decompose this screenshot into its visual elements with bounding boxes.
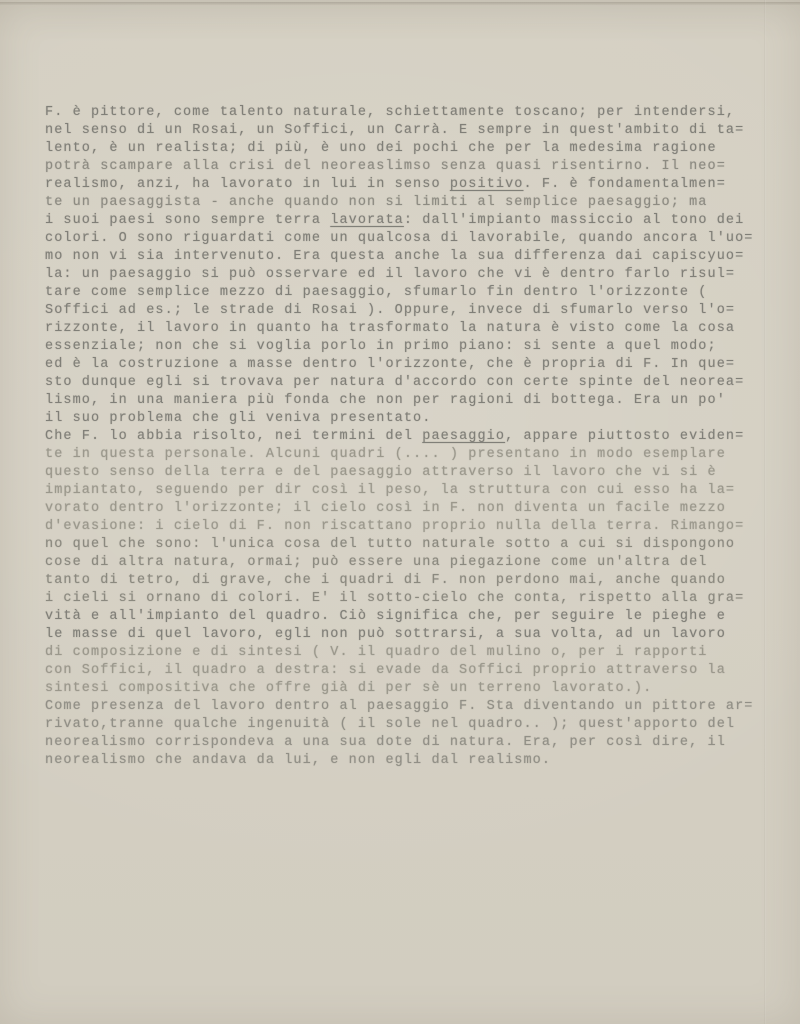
text-segment: : dall'impianto massiccio al tono dei [404,213,744,228]
text-segment: F. è pittore, come talento naturale, sch… [45,105,735,120]
text-segment: ed è la costruzione a masse dentro l'ori… [45,357,735,372]
text-segment: con Soffici, il quadro a destra: si evad… [45,663,726,678]
text-segment: vorato dentro l'orizzonte; il cielo così… [45,501,726,516]
text-line: d'evasione: i cielo di F. non riscattano… [45,518,775,536]
text-segment: il suo problema che gli veniva presentat… [45,411,431,426]
text-line: rivato,tranne qualche ingenuità ( il sol… [45,716,775,734]
text-segment: lismo, in una maniera più fonda che non … [45,393,726,408]
text-line: Che F. lo abbia risolto, nei termini del… [45,428,775,446]
text-line: neorealismo che andava da lui, e non egl… [45,752,775,770]
text-segment: d'evasione: i cielo di F. non riscattano… [45,519,744,534]
text-segment: sintesi compositiva che offre già di per… [45,681,652,696]
text-line: il suo problema che gli veniva presentat… [45,410,775,428]
text-line: neorealismo corrispondeva a una sua dote… [45,734,775,752]
text-line: colori. O sono riguardati come un qualco… [45,230,775,248]
text-segment: le masse di quel lavoro, egli non può so… [45,627,726,642]
text-segment: neorealismo che andava da lui, e non egl… [45,753,551,768]
text-segment: tare come semplice mezzo di paesaggio, s… [45,285,708,300]
text-line: Come presenza del lavoro dentro al paesa… [45,698,775,716]
text-segment: realismo, anzi, ha lavorato in lui in se… [45,177,450,192]
text-segment: sto dunque egli si trovava per natura d'… [45,375,744,390]
text-line: potrà scampare alla crisi del neoreaslim… [45,158,775,176]
underlined-word: positivo [450,177,524,192]
text-line: lento, è un realista; di più, è uno dei … [45,140,775,158]
text-line: te in questa personale. Alcuni quadri (.… [45,446,775,464]
text-line: Soffici ad es.; le strade di Rosai ). Op… [45,302,775,320]
text-segment: vità e all'impianto del quadro. Ciò sign… [45,609,726,624]
text-segment: i suoi paesi sono sempre terra [45,213,330,228]
text-segment: te un paesaggista - anche quando non si … [45,195,708,210]
text-segment: Soffici ad es.; le strade di Rosai ). Op… [45,303,735,318]
text-segment: lento, è un realista; di più, è uno dei … [45,141,717,156]
text-segment: di composizione e di sintesi ( V. il qua… [45,645,708,660]
text-segment: potrà scampare alla crisi del neoreaslim… [45,159,726,174]
text-segment: impiantato, seguendo per dir così il pes… [45,483,735,498]
text-segment: questo senso della terra e del paesaggio… [45,465,717,480]
text-segment: . F. è fondamentalmen= [523,177,725,192]
text-line: essenziale; non che si voglia porlo in p… [45,338,775,356]
text-line: la: un paesaggio si può osservare ed il … [45,266,775,284]
text-segment: tanto di tetro, di grave, che i quadri d… [45,573,726,588]
text-line: tare come semplice mezzo di paesaggio, s… [45,284,775,302]
underlined-word: paesaggio [422,429,505,444]
text-line: rizzonte, il lavoro in quanto ha trasfor… [45,320,775,338]
text-line: tanto di tetro, di grave, che i quadri d… [45,572,775,590]
text-line: questo senso della terra e del paesaggio… [45,464,775,482]
text-segment: cose di altra natura, ormai; può essere … [45,555,708,570]
text-segment: rivato,tranne qualche ingenuità ( il sol… [45,717,735,732]
text-line: i suoi paesi sono sempre terra lavorata:… [45,212,775,230]
text-segment: te in questa personale. Alcuni quadri (.… [45,447,726,462]
text-line: impiantato, seguendo per dir così il pes… [45,482,775,500]
text-segment: i cieli si ornano di colori. E' il sotto… [45,591,744,606]
text-segment: rizzonte, il lavoro in quanto ha trasfor… [45,321,735,336]
text-segment: , appare piuttosto eviden= [505,429,744,444]
text-segment: essenziale; non che si voglia porlo in p… [45,339,717,354]
text-segment: mo non vi sia intervenuto. Era questa an… [45,249,744,264]
text-segment: la: un paesaggio si può osservare ed il … [45,267,735,282]
text-line: lismo, in una maniera più fonda che non … [45,392,775,410]
text-line: vorato dentro l'orizzonte; il cielo così… [45,500,775,518]
text-line: mo non vi sia intervenuto. Era questa an… [45,248,775,266]
text-segment: no quel che sono: l'unica cosa del tutto… [45,537,735,552]
scanned-page: F. è pittore, come talento naturale, sch… [0,0,800,1024]
text-line: no quel che sono: l'unica cosa del tutto… [45,536,775,554]
text-segment: nel senso di un Rosai, un Soffici, un Ca… [45,123,744,138]
text-line: te un paesaggista - anche quando non si … [45,194,775,212]
text-line: sintesi compositiva che offre già di per… [45,680,775,698]
text-segment: colori. O sono riguardati come un qualco… [45,231,754,246]
underlined-word: lavorata [330,213,404,228]
text-line: cose di altra natura, ormai; può essere … [45,554,775,572]
text-line: realismo, anzi, ha lavorato in lui in se… [45,176,775,194]
paper-top-crease [0,2,800,5]
text-line: i cieli si ornano di colori. E' il sotto… [45,590,775,608]
text-segment: Che F. lo abbia risolto, nei termini del [45,429,422,444]
text-line: nel senso di un Rosai, un Soffici, un Ca… [45,122,775,140]
text-segment: Come presenza del lavoro dentro al paesa… [45,699,754,714]
text-line: con Soffici, il quadro a destra: si evad… [45,662,775,680]
text-line: F. è pittore, come talento naturale, sch… [45,104,775,122]
text-line: sto dunque egli si trovava per natura d'… [45,374,775,392]
text-line: le masse di quel lavoro, egli non può so… [45,626,775,644]
typewritten-text: F. è pittore, come talento naturale, sch… [45,104,775,770]
text-line: ed è la costruzione a masse dentro l'ori… [45,356,775,374]
text-line: di composizione e di sintesi ( V. il qua… [45,644,775,662]
text-segment: neorealismo corrispondeva a una sua dote… [45,735,726,750]
text-line: vità e all'impianto del quadro. Ciò sign… [45,608,775,626]
